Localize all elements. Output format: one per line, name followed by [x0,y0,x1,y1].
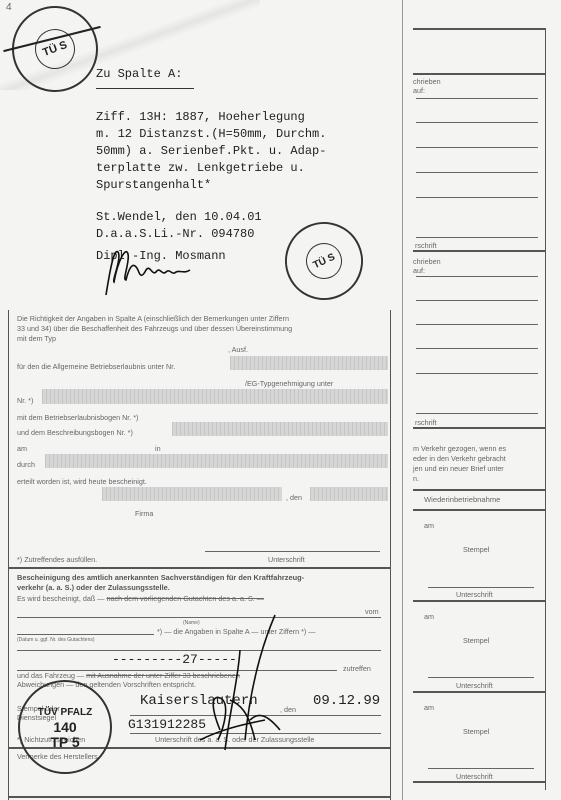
note-line: 50mm) a. Serienbef.Pkt. u. Adap- [96,143,326,160]
durch-label: durch [17,460,35,469]
erteilt-label: erteilt worden ist, wird heute bescheini… [17,477,147,486]
right-label-line: auf: [413,266,441,275]
stamp-center: TÜ S [29,23,80,74]
right-line [416,237,538,238]
vom-label: vom [365,607,379,616]
durch-field[interactable] [45,454,388,468]
note-heading-underline [96,88,194,89]
right-line [416,172,538,173]
intro-line: Die Richtigkeit der Angaben in Spalte A … [17,314,292,324]
form-bottom-border [8,796,391,798]
es-wird-struck: nach dem vorliegenden Gutachten des a. a… [107,594,264,603]
firma-label: Firma [135,509,153,518]
right-divider-4 [413,489,546,491]
block-unterschrift: Unterschrift [456,681,493,690]
eg-number-field[interactable] [42,389,388,404]
den-label: , den [286,493,302,502]
certificate-title: Bescheinigung des amtlich anerkannten Sa… [17,573,304,593]
note-line: terplatte zw. Lenkgetriebe u. [96,160,326,177]
right-line [416,348,538,349]
note-line: m. 12 Distanzst.(H=50mm, Durchm. [96,126,326,143]
abe-number-field[interactable] [230,356,388,370]
right-divider-3 [413,427,546,429]
right-line [416,197,538,198]
stamp-code: TP 5 [38,735,92,750]
block-sign-line [428,587,534,588]
note-heading: Zu Spalte A: [96,67,182,81]
block-unterschrift: Unterschrift [456,772,493,781]
form-intro: Die Richtigkeit der Angaben in Spalte A … [17,314,292,344]
wieder-label: Wiederinbetriebnahme [424,495,500,504]
intro-line: 33 und 34) über die Beschaffenheit des F… [17,324,292,334]
block-divider [413,781,546,783]
note-line: Spurstangenhalt* [96,177,326,194]
right-line [416,276,538,277]
firma-field[interactable] [102,487,282,501]
right-line [416,373,538,374]
notice-line: n. [413,474,506,484]
right-notice: m Verkehr gezogen, wenn es eder in den V… [413,444,506,484]
right-unterschrift-1: rschrift [415,241,437,250]
note-line: Ziff. 13H: 1887, Hoeherlegung [96,109,326,126]
block-divider [413,691,546,693]
block-sign-line [428,677,534,678]
stamp-tuev-pfalz: TÜV PFALZ 140 TP 5 [18,680,112,774]
zutreffen-label: zutreffen [343,664,371,673]
certificate-title-line: verkehr (a. a. S.) oder der Zulassungsst… [17,583,304,593]
fahrzeug-label: und das Fahrzeug — [17,671,84,680]
datum-caption: (Datum u. ggf. Nr. des Gutachtens) [17,637,95,643]
right-unterschrift-2: rschrift [415,418,437,427]
block-sign-line [428,768,534,769]
date-value: 09.12.99 [313,693,380,709]
right-column-left-edge [402,0,403,800]
signature-certificate [180,610,290,760]
right-divider-2 [413,250,546,252]
right-divider-5 [413,509,546,511]
right-line [416,300,538,301]
intro-line: mit dem Typ [17,334,292,344]
right-line [416,122,538,123]
right-label-mid: chrieben auf: [413,257,441,275]
right-label-line: chrieben [413,77,441,86]
notice-line: jen und ein neuer Brief unter [413,464,506,474]
footnote: *) Zutreffendes ausfüllen. [17,555,97,564]
certificate-title-line: Bescheinigung des amtlich anerkannten Sa… [17,573,304,583]
ausf-label: , Ausf. [228,345,248,354]
right-divider-1 [413,73,546,75]
page-number: 4 [6,2,12,13]
in-label: in [155,444,161,453]
block-stempel: Stempel [463,727,489,736]
am-label: am [17,444,27,453]
note-place-date: St.Wendel, den 10.04.01 [96,210,262,224]
signature-line [205,551,380,552]
eg-label: /EG-Typgenehmigung unter [245,379,333,388]
stamp-tuev-pfalz-content: TÜV PFALZ 140 TP 5 [38,705,92,750]
right-line [416,98,538,99]
es-wird-label: Es wird bescheinigt, daß — [17,594,105,603]
right-line [416,147,538,148]
block-divider [413,600,546,602]
stamp-number: 140 [38,720,92,735]
block-am: am [424,612,434,621]
notice-line: eder in den Verkehr gebracht [413,454,506,464]
notice-line: m Verkehr gezogen, wenn es [413,444,506,454]
betrieb-label: mit dem Betriebserlaubnisbogen Nr. *) [17,413,138,422]
block-stempel: Stempel [463,545,489,554]
right-line [416,324,538,325]
abe-label: für den die Allgemeine Betriebserlaubnis… [17,362,175,371]
block-stempel: Stempel [463,636,489,645]
right-column-border [545,28,546,790]
block-am: am [424,521,434,530]
right-line [416,413,538,414]
section-divider [8,567,391,569]
note-license-number: D.a.a.S.Li.-Nr. 094780 [96,227,254,241]
form-border-left [8,310,9,800]
beschreib-number-field[interactable] [172,422,388,436]
datum-line [17,634,154,635]
unterschrift-label: Unterschrift [268,555,305,564]
date-field[interactable] [310,487,388,501]
nr-label: Nr. *) [17,396,33,405]
right-label-line: chrieben [413,257,441,266]
note-body: Ziff. 13H: 1887, Hoeherlegung m. 12 Dist… [96,109,326,194]
es-wird-line: Es wird bescheinigt, daß — nach dem vorl… [17,594,264,603]
right-label-line: auf: [413,86,441,95]
signature-mosmann [96,240,196,300]
stamp-brand: TÜV PFALZ [38,705,92,720]
right-label-top: chrieben auf: [413,77,441,95]
block-am: am [424,703,434,712]
form-border-right [390,310,391,800]
right-top-border [413,28,546,30]
stamp-tuev-saarland-middle: TÜ S [272,209,376,313]
block-unterschrift: Unterschrift [456,590,493,599]
stamp-center: TÜ S [300,237,348,285]
beschreib-label: und dem Beschreibungsbogen Nr. *) [17,428,133,437]
